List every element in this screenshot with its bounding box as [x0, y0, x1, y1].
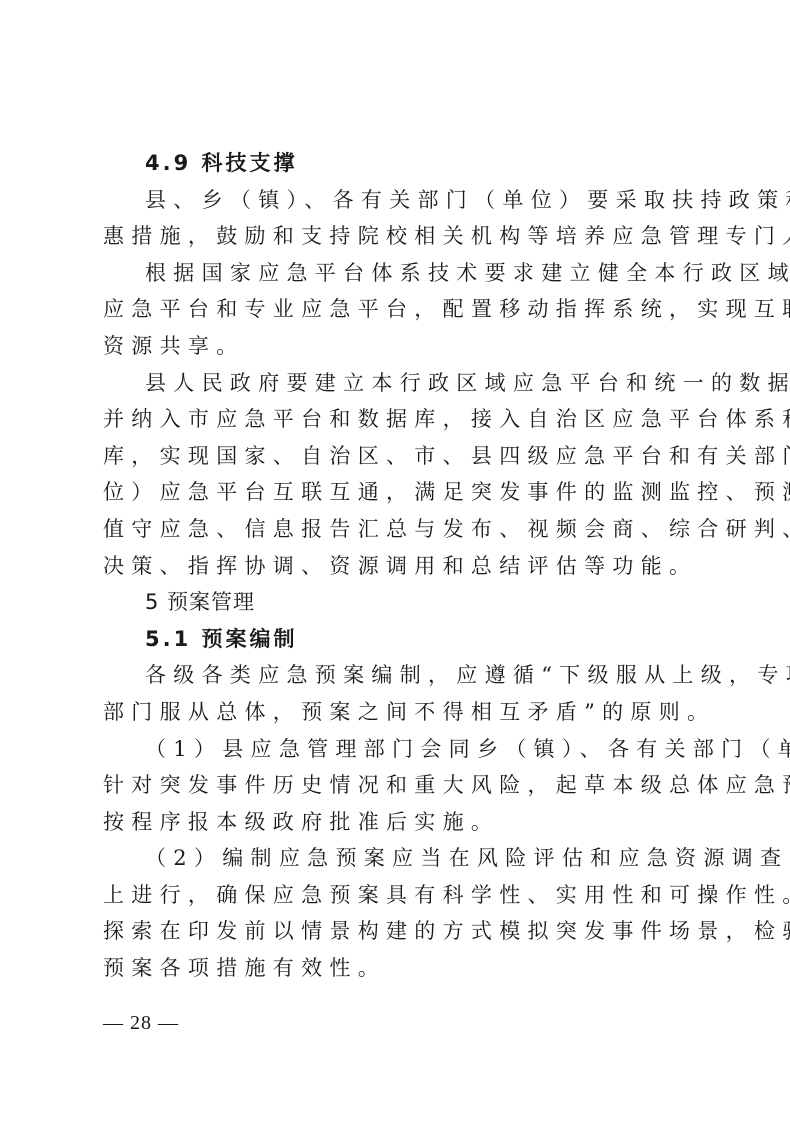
section-heading-5: 5 预案管理: [103, 584, 693, 621]
paragraph-line: 上进行，确保应急预案具有科学性、实用性和可操作性。鼓励: [103, 877, 693, 914]
paragraph-line: 并纳入市应急平台和数据库，接入自治区应急平台体系和数据: [103, 401, 693, 438]
paragraph-line: 县、乡（镇）、各有关部门（单位）要采取扶持政策和优: [103, 182, 693, 219]
paragraph-line: 按程序报本级政府批准后实施。: [103, 804, 693, 841]
paragraph-line: 资源共享。: [103, 328, 693, 365]
page-number: — 28 —: [103, 1012, 179, 1035]
section-heading-4-9: 4.9 科技支撑: [103, 145, 693, 182]
paragraph-line: 根据国家应急平台体系技术要求建立健全本行政区域综合: [103, 255, 693, 292]
paragraph-line: 县人民政府要建立本行政区域应急平台和统一的数据库，: [103, 365, 693, 402]
paragraph-line: 针对突发事件历史情况和重大风险，起草本级总体应急预案，: [103, 767, 693, 804]
document-page: 4.9 科技支撑 县、乡（镇）、各有关部门（单位）要采取扶持政策和优 惠措施，鼓…: [103, 145, 693, 987]
paragraph-line: 部门服从总体，预案之间不得相互矛盾”的原则。: [103, 694, 693, 731]
paragraph-line: 探索在印发前以情景构建的方式模拟突发事件场景，检验应急: [103, 913, 693, 950]
section-heading-5-1: 5.1 预案编制: [103, 621, 693, 658]
paragraph-line: 决策、指挥协调、资源调用和总结评估等功能。: [103, 548, 693, 585]
paragraph-line: 预案各项措施有效性。: [103, 950, 693, 987]
paragraph-line: 位）应急平台互联互通，满足突发事件的监测监控、预测预警、: [103, 474, 693, 511]
paragraph-line: 库，实现国家、自治区、市、县四级应急平台和有关部门（单: [103, 438, 693, 475]
paragraph-line: 各级各类应急预案编制，应遵循“下级服从上级，专项、: [103, 657, 693, 694]
paragraph-line: 值守应急、信息报告汇总与发布、视频会商、综合研判、辅助: [103, 511, 693, 548]
paragraph-line: （1）县应急管理部门会同乡（镇）、各有关部门（单位）: [103, 731, 693, 768]
paragraph-line: （2）编制应急预案应当在风险评估和应急资源调查的基础: [103, 840, 693, 877]
paragraph-line: 惠措施，鼓励和支持院校相关机构等培养应急管理专门人才。: [103, 218, 693, 255]
paragraph-line: 应急平台和专业应急平台，配置移动指挥系统，实现互联互通、: [103, 291, 693, 328]
